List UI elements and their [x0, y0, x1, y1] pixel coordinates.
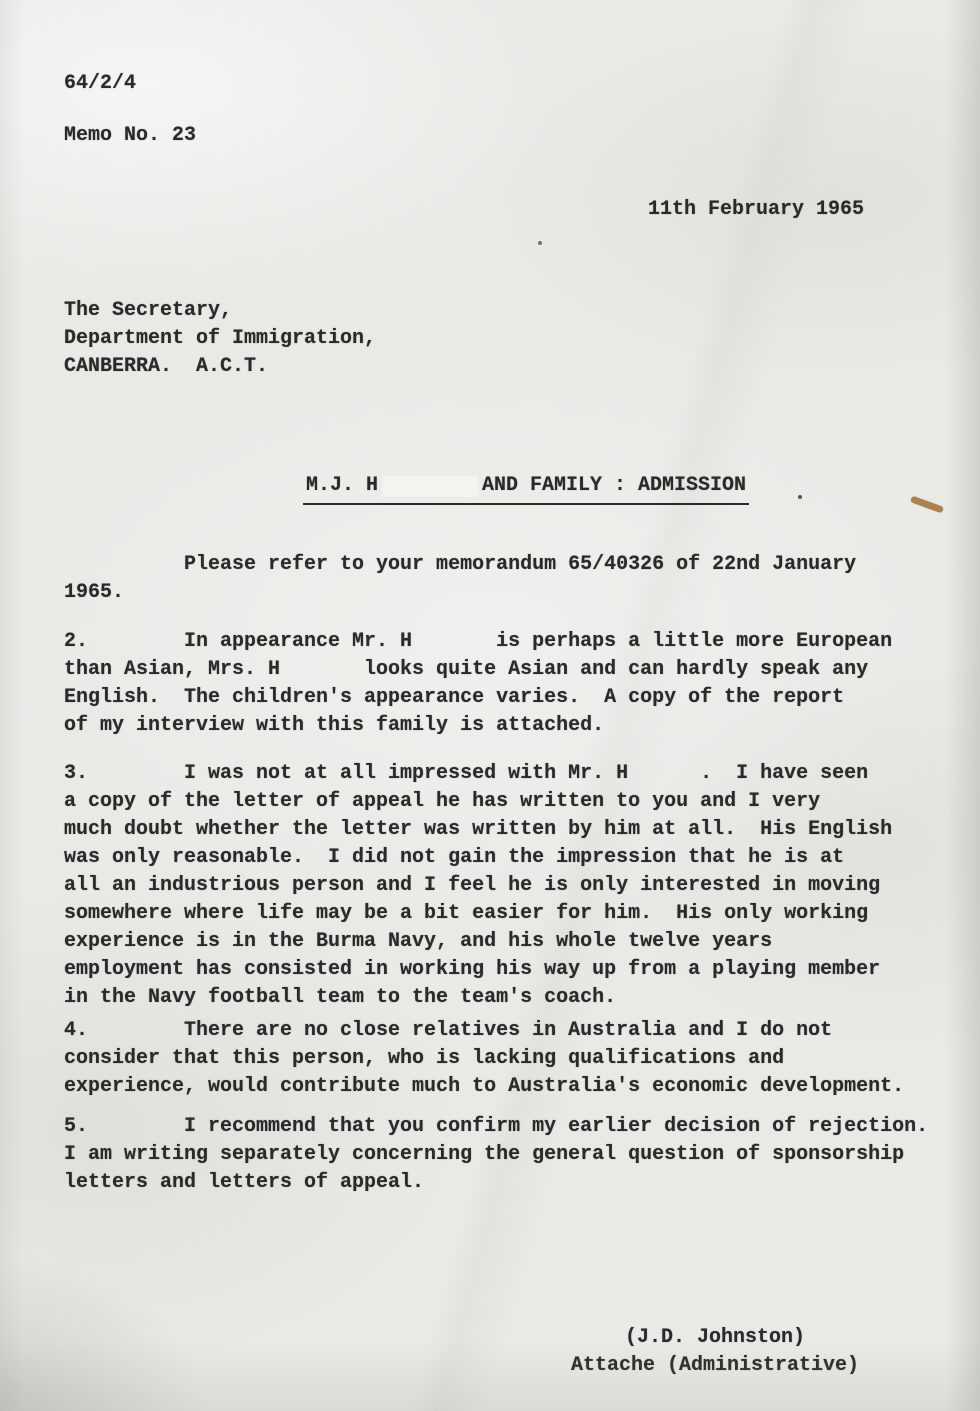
text-line: consider that this person, who is lackin… [64, 1045, 904, 1073]
text-line: experience is in the Burma Navy, and his… [64, 928, 892, 956]
paragraph: 3. I was not at all impressed with Mr. H… [64, 760, 892, 1012]
text-line: somewhere where life may be a bit easier… [64, 900, 892, 928]
pen-mark [910, 495, 944, 513]
text-line: all an industrious person and I feel he … [64, 872, 892, 900]
paragraph: Please refer to your memorandum 65/40326… [64, 551, 856, 607]
text-line: 2. In appearance Mr. H is perhaps a litt… [64, 628, 892, 656]
text-line: CANBERRA. A.C.T. [64, 353, 376, 381]
subject-name-prefix: M.J. H [306, 474, 378, 497]
subject-title: AND FAMILY : ADMISSION [482, 474, 746, 497]
text-line: Please refer to your memorandum 65/40326… [64, 551, 856, 579]
text-line: of my interview with this family is atta… [64, 712, 892, 740]
text-line: (J.D. Johnston) [520, 1324, 910, 1352]
text-line: Attache (Administrative) [520, 1352, 910, 1380]
text-line: English. The children's appearance varie… [64, 684, 892, 712]
text-line: I am writing separately concerning the g… [64, 1141, 928, 1169]
text-line: 1965. [64, 579, 856, 607]
redaction-box [382, 476, 478, 497]
recipient-address: The Secretary,Department of Immigration,… [64, 297, 376, 381]
file-number: 64/2/4 [64, 70, 136, 98]
text-line: letters and letters of appeal. [64, 1169, 928, 1197]
paragraph: 5. I recommend that you confirm my earli… [64, 1113, 928, 1197]
text-line: a copy of the letter of appeal he has wr… [64, 788, 892, 816]
subject-line: M.J. HAND FAMILY : ADMISSION [303, 472, 749, 505]
date-line: 11th February 1965 [648, 196, 864, 224]
text-line: 5. I recommend that you confirm my earli… [64, 1113, 928, 1141]
text-line: employment has consisted in working his … [64, 956, 892, 984]
text-line: much doubt whether the letter was writte… [64, 816, 892, 844]
memo-number: Memo No. 23 [64, 122, 196, 150]
ink-speck [538, 241, 542, 245]
text-line: was only reasonable. I did not gain the … [64, 844, 892, 872]
memo-page: 64/2/4 Memo No. 23 11th February 1965 Th… [0, 0, 980, 1411]
text-line: 4. There are no close relatives in Austr… [64, 1017, 904, 1045]
text-line: Department of Immigration, [64, 325, 376, 353]
ink-speck [798, 495, 802, 499]
text-line: The Secretary, [64, 297, 376, 325]
paragraph: 4. There are no close relatives in Austr… [64, 1017, 904, 1101]
text-line: than Asian, Mrs. H looks quite Asian and… [64, 656, 892, 684]
paragraph: 2. In appearance Mr. H is perhaps a litt… [64, 628, 892, 740]
signature-block: (J.D. Johnston)Attache (Administrative) [520, 1324, 910, 1380]
text-line: 3. I was not at all impressed with Mr. H… [64, 760, 892, 788]
text-line: in the Navy football team to the team's … [64, 984, 892, 1012]
text-line: experience, would contribute much to Aus… [64, 1073, 904, 1101]
